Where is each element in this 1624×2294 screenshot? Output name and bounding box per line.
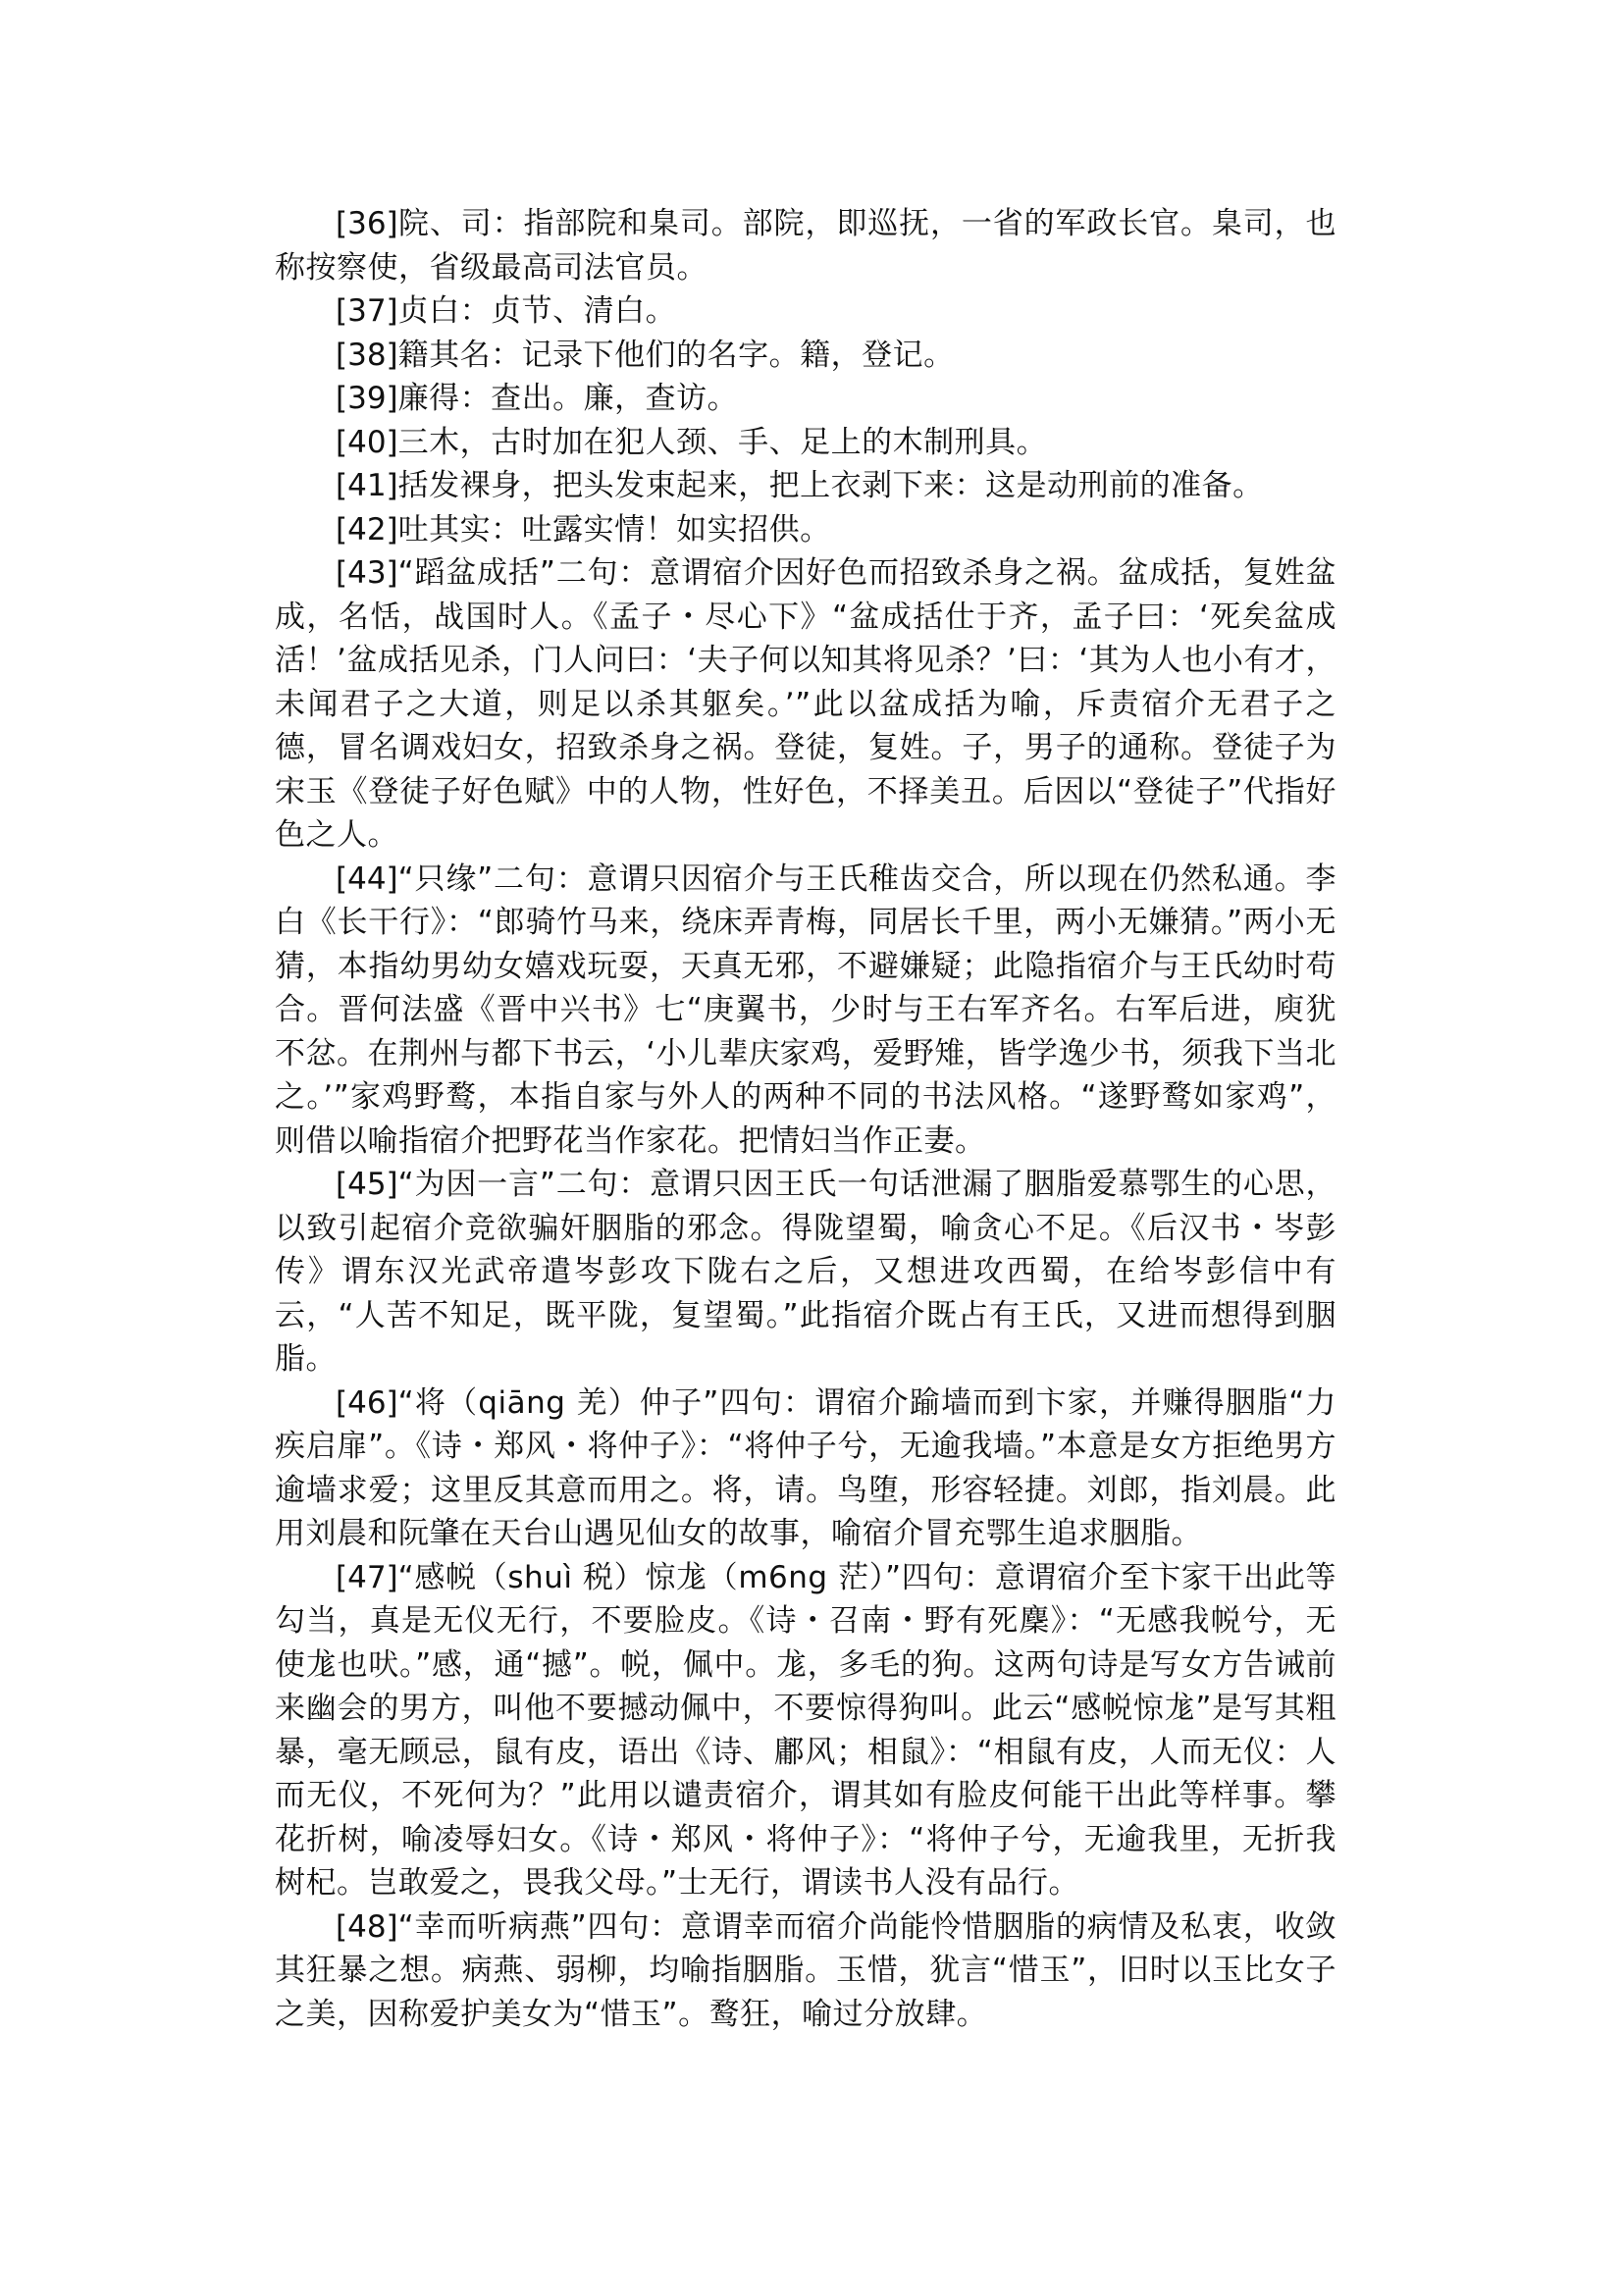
note-45: [45]“为因一言”二句：意谓只因王氏一句话泄漏了胭脂爱慕鄂生的心思，以致引起宿…: [275, 1163, 1336, 1382]
note-number: [44]: [336, 861, 398, 897]
note-number: [38]: [336, 338, 398, 373]
note-text: “幸而听病燕”四句：意谓幸而宿介尚能怜惜胭脂的病情及私衷，收敛其狂暴之想。病燕、…: [275, 1909, 1336, 2032]
note-text: “将（qiāng 羌）仲子”四句：谓宿介踰墙而到卞家，并赚得胭脂“力疾启扉”。《…: [275, 1385, 1336, 1552]
note-47: [47]“感帨（shuì 税）惊尨（m6ng 茫）”四句：意谓宿介至卞家干出此等…: [275, 1556, 1336, 1905]
note-number: [47]: [336, 1560, 398, 1595]
note-39: [39]廉得：查出。廉，查访。: [275, 377, 1336, 421]
note-number: [39]: [336, 381, 398, 416]
note-number: [48]: [336, 1909, 398, 1945]
note-41: [41]括发裸身，把头发束起来，把上衣剥下来：这是动刑前的准备。: [275, 464, 1336, 508]
note-number: [36]: [336, 206, 398, 241]
note-42: [42]吐其实：吐露实情！如实招供。: [275, 508, 1336, 552]
note-number: [40]: [336, 425, 398, 460]
note-text: 籍其名：记录下他们的名字。籍，登记。: [398, 338, 955, 373]
note-text: 括发裸身，把头发束起来，把上衣剥下来：这是动刑前的准备。: [398, 468, 1264, 503]
note-number: [41]: [336, 468, 398, 503]
note-37: [37]贞白：贞节、清白。: [275, 289, 1336, 334]
note-text: “感帨（shuì 税）惊尨（m6ng 茫）”四句：意谓宿介至卞家干出此等勾当，真…: [275, 1560, 1336, 1902]
note-38: [38]籍其名：记录下他们的名字。籍，登记。: [275, 334, 1336, 378]
note-text: 贞白：贞节、清白。: [398, 293, 677, 329]
note-text: “为因一言”二句：意谓只因王氏一句话泄漏了胭脂爱慕鄂生的心思，以致引起宿介竞欲骗…: [275, 1167, 1336, 1377]
note-number: [42]: [336, 512, 398, 547]
note-36: [36]院、司：指部院和臬司。部院，即巡抚，一省的军政长官。臬司，也称按察使，省…: [275, 202, 1336, 289]
note-text: 三木，古时加在犯人颈、手、足上的木制刑具。: [398, 425, 1048, 460]
note-44: [44]“只缘”二句：意谓只因宿介与王氏稚齿交合，所以现在仍然私通。李白《长干行…: [275, 858, 1336, 1164]
note-number: [46]: [336, 1385, 398, 1421]
note-46: [46]“将（qiāng 羌）仲子”四句：谓宿介踰墙而到卞家，并赚得胭脂“力疾启…: [275, 1382, 1336, 1556]
note-number: [37]: [336, 293, 398, 329]
note-40: [40]三木，古时加在犯人颈、手、足上的木制刑具。: [275, 421, 1336, 465]
note-text: 院、司：指部院和臬司。部院，即巡抚，一省的军政长官。臬司，也称按察使，省级最高司…: [275, 206, 1336, 286]
note-text: “蹈盆成括”二句：意谓宿介因好色而招致杀身之祸。盆成括，复姓盆成，名恬，战国时人…: [275, 555, 1336, 853]
note-48: [48]“幸而听病燕”四句：意谓幸而宿介尚能怜惜胭脂的病情及私衷，收敛其狂暴之想…: [275, 1905, 1336, 2037]
note-43: [43]“蹈盆成括”二句：意谓宿介因好色而招致杀身之祸。盆成括，复姓盆成，名恬，…: [275, 551, 1336, 858]
note-number: [45]: [336, 1167, 398, 1202]
note-number: [43]: [336, 555, 398, 591]
note-text: “只缘”二句：意谓只因宿介与王氏稚齿交合，所以现在仍然私通。李白《长干行》：“郎…: [275, 861, 1336, 1159]
note-text: 吐其实：吐露实情！如实招供。: [398, 512, 831, 547]
document-page: [36]院、司：指部院和臬司。部院，即巡抚，一省的军政长官。臬司，也称按察使，省…: [275, 202, 1336, 2036]
note-text: 廉得：查出。廉，查访。: [398, 381, 739, 416]
